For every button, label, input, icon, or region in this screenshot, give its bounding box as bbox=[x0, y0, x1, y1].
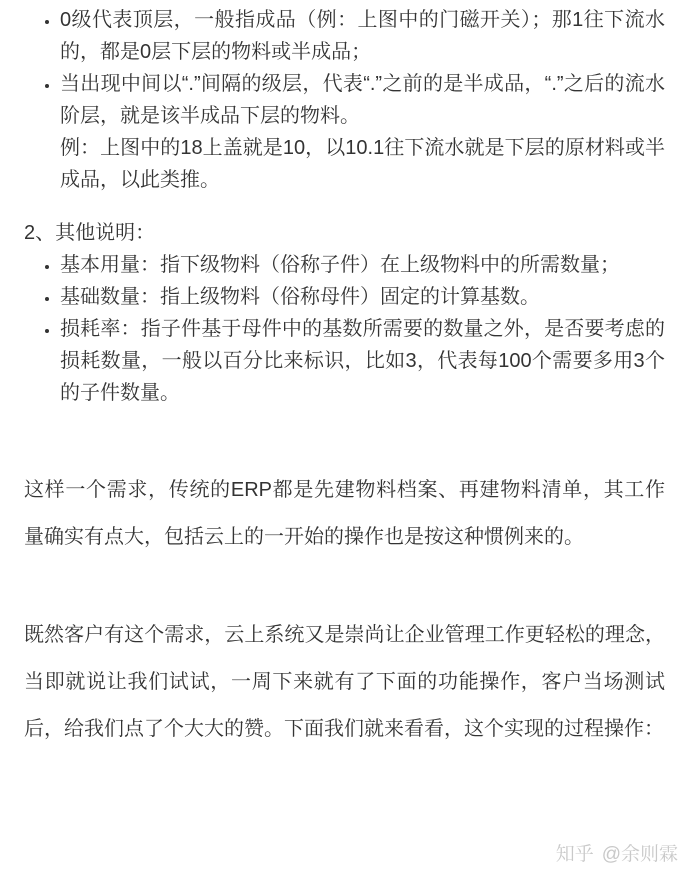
watermark-author: @余则霖 bbox=[602, 844, 678, 866]
list-item: 基础数量：指上级物料（俗称母件）固定的计算基数。 bbox=[60, 281, 665, 313]
list-item: 0级代表顶层，一般指成品（例：上图中的门磁开关）；那1往下流水的，都是0层下层的… bbox=[60, 4, 665, 68]
bom-level-notes-list: 0级代表顶层，一般指成品（例：上图中的门磁开关）；那1往下流水的，都是0层下层的… bbox=[24, 4, 665, 196]
paragraph-implementation-intro: 既然客户有这个需求，云上系统又是崇尚让企业管理工作更轻松的理念，当即就说让我们试… bbox=[24, 612, 665, 753]
paragraph-erp-workload: 这样一个需求，传统的ERP都是先建物料档案、再建物料清单，其工作量确实有点大，包… bbox=[24, 467, 665, 561]
section-heading: 2、其他说明： bbox=[24, 217, 665, 249]
article-page: 0级代表顶层，一般指成品（例：上图中的门磁开关）；那1往下流水的，都是0层下层的… bbox=[0, 0, 689, 880]
watermark-site: 知乎 bbox=[556, 844, 594, 866]
other-notes-list: 基本用量：指下级物料（俗称子件）在上级物料中的所需数量； 基础数量：指上级物料（… bbox=[24, 249, 665, 409]
list-item: 损耗率：指子件基于母件中的基数所需要的数量之外，是否要考虑的损耗数量，一般以百分… bbox=[60, 313, 665, 409]
list-item: 当出现中间以“.”间隔的级层，代表“.”之前的是半成品，“.”之后的流水阶层，就… bbox=[60, 68, 665, 196]
watermark: 知乎 @余则霖 bbox=[556, 844, 678, 866]
list-item: 基本用量：指下级物料（俗称子件）在上级物料中的所需数量； bbox=[60, 249, 665, 281]
